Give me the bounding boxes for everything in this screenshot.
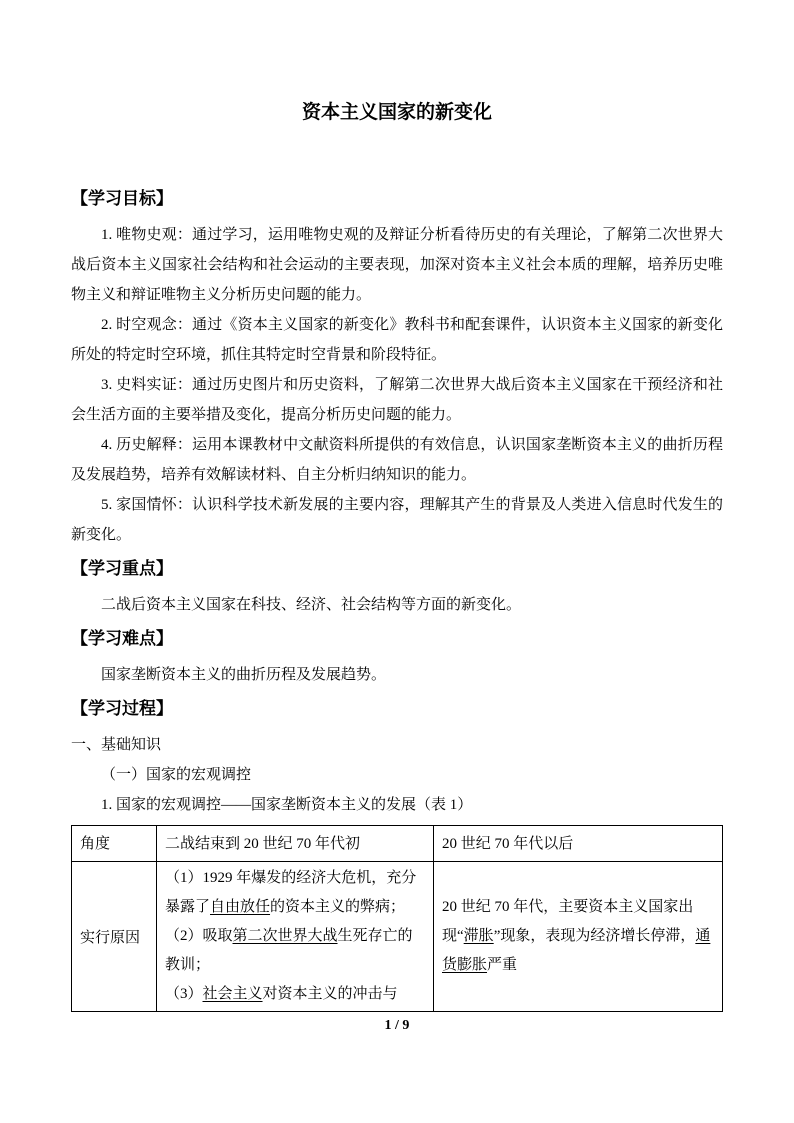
process-line-basics: 一、基础知识 — [71, 730, 723, 760]
table-header-period-before-1970s: 二战结束到 20 世纪 70 年代初 — [157, 826, 434, 862]
page-number: 1 / 9 — [71, 1015, 723, 1037]
table-cell-reasons-before: （1）1929 年爆发的经济大危机，充分暴露了自由放任的资本主义的弊病； （2）… — [157, 862, 434, 1012]
process-line-macro-control: （一）国家的宏观调控 — [71, 760, 723, 790]
process-line-table-intro: 1. 国家的宏观调控——国家垄断资本主义的发展（表 1） — [71, 790, 723, 820]
table-header-angle: 角度 — [72, 826, 157, 862]
reason-item-1: （1）1929 年爆发的经济大危机，充分暴露了自由放任的资本主义的弊病； — [165, 864, 425, 922]
objective-paragraph-5: 5. 家国情怀：认识科学技术新发展的主要内容，理解其产生的背景及人类进入信息时代… — [71, 490, 723, 550]
stagflation-text: 20 世纪 70 年代，主要资本主义国家出现“滞胀”现象，表现为经济增长停滞，通… — [442, 893, 714, 980]
section-heading-difficulties: 【学习难点】 — [71, 624, 723, 654]
table-row-reasons: 实行原因 （1）1929 年爆发的经济大危机，充分暴露了自由放任的资本主义的弊病… — [72, 862, 723, 1012]
section-heading-process: 【学习过程】 — [71, 694, 723, 724]
table-header-period-after-1970s: 20 世纪 70 年代以后 — [434, 826, 723, 862]
table-cell-reasons-after: 20 世纪 70 年代，主要资本主义国家出现“滞胀”现象，表现为经济增长停滞，通… — [434, 862, 723, 1012]
table-row-label: 实行原因 — [72, 862, 157, 1012]
objective-paragraph-3: 3. 史料实证：通过历史图片和历史资料，了解第二次世界大战后资本主义国家在干预经… — [71, 370, 723, 430]
table-1-macro-control: 角度 二战结束到 20 世纪 70 年代初 20 世纪 70 年代以后 实行原因… — [71, 825, 723, 1012]
document-title: 资本主义国家的新变化 — [71, 100, 723, 126]
key-points-paragraph: 二战后资本主义国家在科技、经济、社会结构等方面的新变化。 — [71, 590, 723, 620]
reason-item-3: （3）社会主义对资本主义的冲击与 — [165, 980, 425, 1009]
objective-paragraph-1: 1. 唯物史观：通过学习，运用唯物史观的及辩证分析看待历史的有关理论，了解第二次… — [71, 220, 723, 310]
section-heading-objectives: 【学习目标】 — [71, 184, 723, 214]
table-header-row: 角度 二战结束到 20 世纪 70 年代初 20 世纪 70 年代以后 — [72, 826, 723, 862]
objective-paragraph-2: 2. 时空观念：通过《资本主义国家的新变化》教科书和配套课件，认识资本主义国家的… — [71, 310, 723, 370]
document-page: 资本主义国家的新变化 【学习目标】 1. 唯物史观：通过学习，运用唯物史观的及辩… — [0, 0, 794, 1123]
section-heading-key-points: 【学习重点】 — [71, 554, 723, 584]
difficulties-paragraph: 国家垄断资本主义的曲折历程及发展趋势。 — [71, 660, 723, 690]
reason-item-2: （2）吸取第二次世界大战生死存亡的教训； — [165, 922, 425, 980]
objective-paragraph-4: 4. 历史解释：运用本课教材中文献资料所提供的有效信息，认识国家垄断资本主义的曲… — [71, 430, 723, 490]
